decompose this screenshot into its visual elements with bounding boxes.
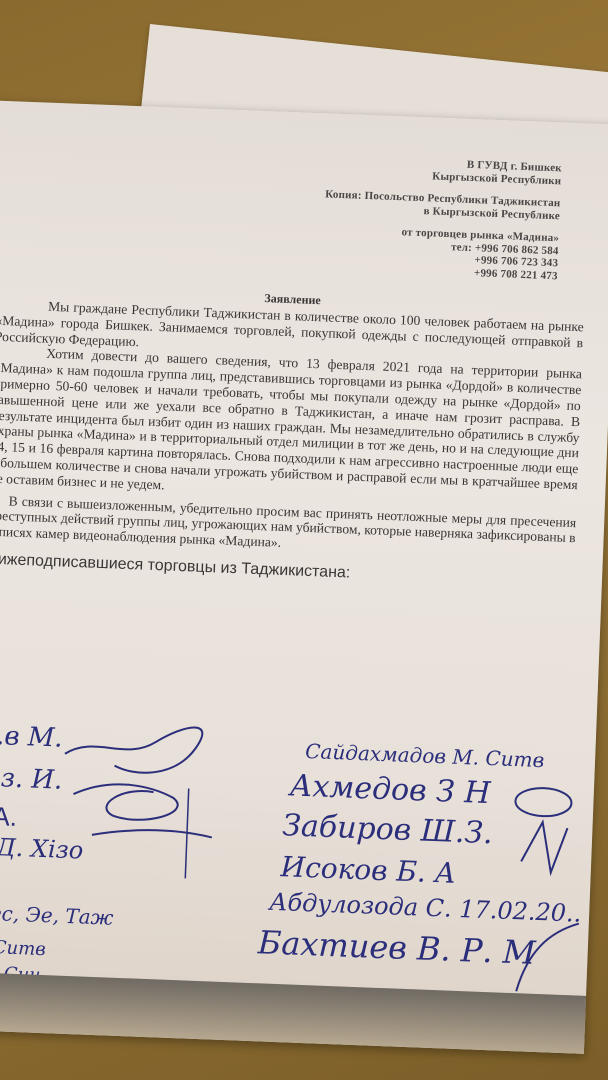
signature-scribble <box>50 713 236 880</box>
signature-right-3: Забиров Ш.З. <box>282 808 494 851</box>
signature-right-2: Ахмедов З Н <box>289 768 491 811</box>
signature-left-3: А. <box>0 801 18 833</box>
recipient-block: В ГУВД г. Бишкек Кыргызской Республики К… <box>322 153 562 282</box>
page-shadow <box>0 971 586 1054</box>
document-body: Мы граждане Республики Таджикистан в кол… <box>0 297 584 590</box>
signature-scribble <box>506 781 594 1004</box>
document-page: В ГУВД г. Бишкек Кыргызской Республики К… <box>0 100 608 1054</box>
signature-left-1: ...в М. <box>0 720 63 753</box>
signature-right-1: Сайдахмадов М. Ситв <box>305 739 545 772</box>
signature-left-5: ...ес, Эе, Таж <box>0 900 114 929</box>
signature-right-6: Бахтиев В. Р. М <box>257 923 536 972</box>
signature-left-6: А Ситв <box>0 936 46 960</box>
signature-right-4: Исоков Б. А <box>280 850 456 890</box>
paragraph: Хотим довести до вашего сведения, что 13… <box>0 344 582 509</box>
